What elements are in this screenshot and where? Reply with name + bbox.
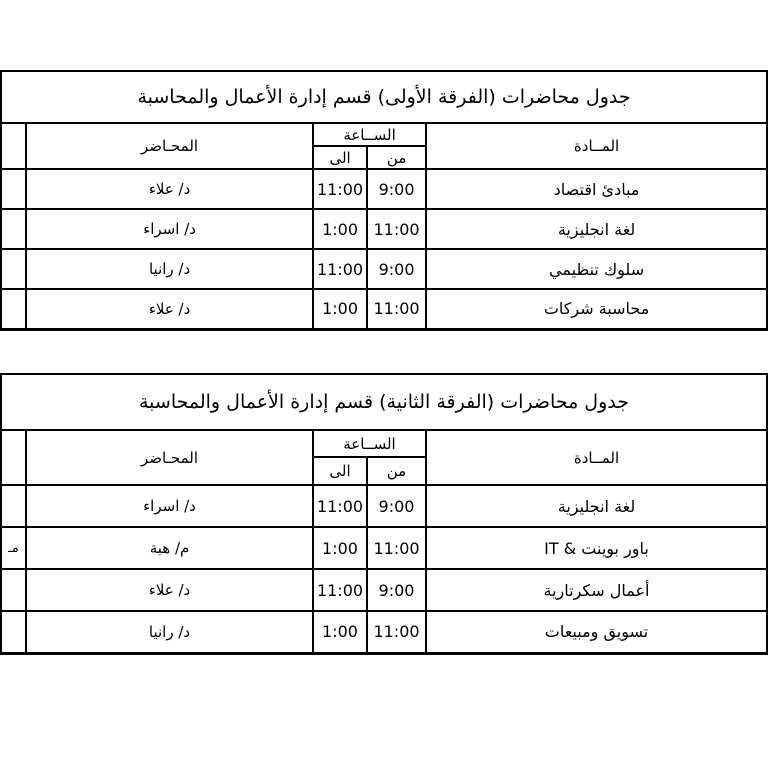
schedule-table-first-year: جدول محاضرات (الفرقة الأولى) قسم إدارة ا… [0,70,768,331]
lecturer-cell: د/ علاء [26,289,313,329]
header-from: من [367,146,426,169]
lecturer-cell: م/ هبة [26,527,313,569]
subject-cell: باور بوينت & IT [426,527,767,569]
cut-cell [1,209,26,249]
table-row: باور بوينت & IT 11:00 1:00 م/ هبة مـ [1,527,767,569]
table-row: سلوك تنظيمي 9:00 11:00 د/ رانيا [1,249,767,289]
subject-cell: مبادئ اقتصاد [426,169,767,209]
time-from-cell: 9:00 [367,249,426,289]
header-to: الى [313,146,367,169]
header-cut-column [1,123,26,169]
header-from: من [367,457,426,485]
lecturer-cell: د/ علاء [26,169,313,209]
subject-cell: لغة انجليزية [426,485,767,527]
time-to-cell: 1:00 [313,289,367,329]
time-to-cell: 1:00 [313,209,367,249]
time-from-cell: 11:00 [367,527,426,569]
header-lecturer: المحـاضر [26,123,313,169]
table-row: محاسبة شركات 11:00 1:00 د/ علاء [1,289,767,329]
cut-cell-partial-text: مـ [1,527,26,569]
table-title: جدول محاضرات (الفرقة الأولى) قسم إدارة ا… [1,71,767,123]
header-lecturer: المحـاضر [26,430,313,485]
time-to-cell: 11:00 [313,569,367,611]
header-hour: الســاعة [313,123,426,146]
table-row: أعمال سكرتارية 9:00 11:00 د/ علاء [1,569,767,611]
time-from-cell: 9:00 [367,569,426,611]
subject-cell: تسويق ومبيعات [426,611,767,653]
time-from-cell: 9:00 [367,169,426,209]
table-row: لغة انجليزية 9:00 11:00 د/ اسراء [1,485,767,527]
time-from-cell: 11:00 [367,289,426,329]
table-row: مبادئ اقتصاد 9:00 11:00 د/ علاء [1,169,767,209]
lecturer-cell: د/ علاء [26,569,313,611]
header-hour: الســاعة [313,430,426,457]
cut-cell [1,569,26,611]
time-to-cell: 11:00 [313,249,367,289]
cut-cell [1,611,26,653]
header-subject: المــادة [426,123,767,169]
header-to: الى [313,457,367,485]
table-row: تسويق ومبيعات 11:00 1:00 د/ رانيا [1,611,767,653]
subject-cell: لغة انجليزية [426,209,767,249]
subject-cell: أعمال سكرتارية [426,569,767,611]
table-title: جدول محاضرات (الفرقة الثانية) قسم إدارة … [1,374,767,430]
time-to-cell: 11:00 [313,169,367,209]
subject-cell: سلوك تنظيمي [426,249,767,289]
schedule-table-second-year: جدول محاضرات (الفرقة الثانية) قسم إدارة … [0,373,768,655]
lecturer-cell: د/ اسراء [26,209,313,249]
cut-cell [1,169,26,209]
subject-cell: محاسبة شركات [426,289,767,329]
document-page: { "page": { "background": "#ffffff", "te… [0,0,768,768]
time-to-cell: 1:00 [313,527,367,569]
cut-cell [1,249,26,289]
time-to-cell: 11:00 [313,485,367,527]
lecturer-cell: د/ اسراء [26,485,313,527]
time-to-cell: 1:00 [313,611,367,653]
time-from-cell: 11:00 [367,209,426,249]
cut-cell [1,485,26,527]
cut-cell [1,289,26,329]
lecturer-cell: د/ رانيا [26,249,313,289]
time-from-cell: 11:00 [367,611,426,653]
lecturer-cell: د/ رانيا [26,611,313,653]
header-cut-column [1,430,26,485]
table-row: لغة انجليزية 11:00 1:00 د/ اسراء [1,209,767,249]
time-from-cell: 9:00 [367,485,426,527]
header-subject: المــادة [426,430,767,485]
